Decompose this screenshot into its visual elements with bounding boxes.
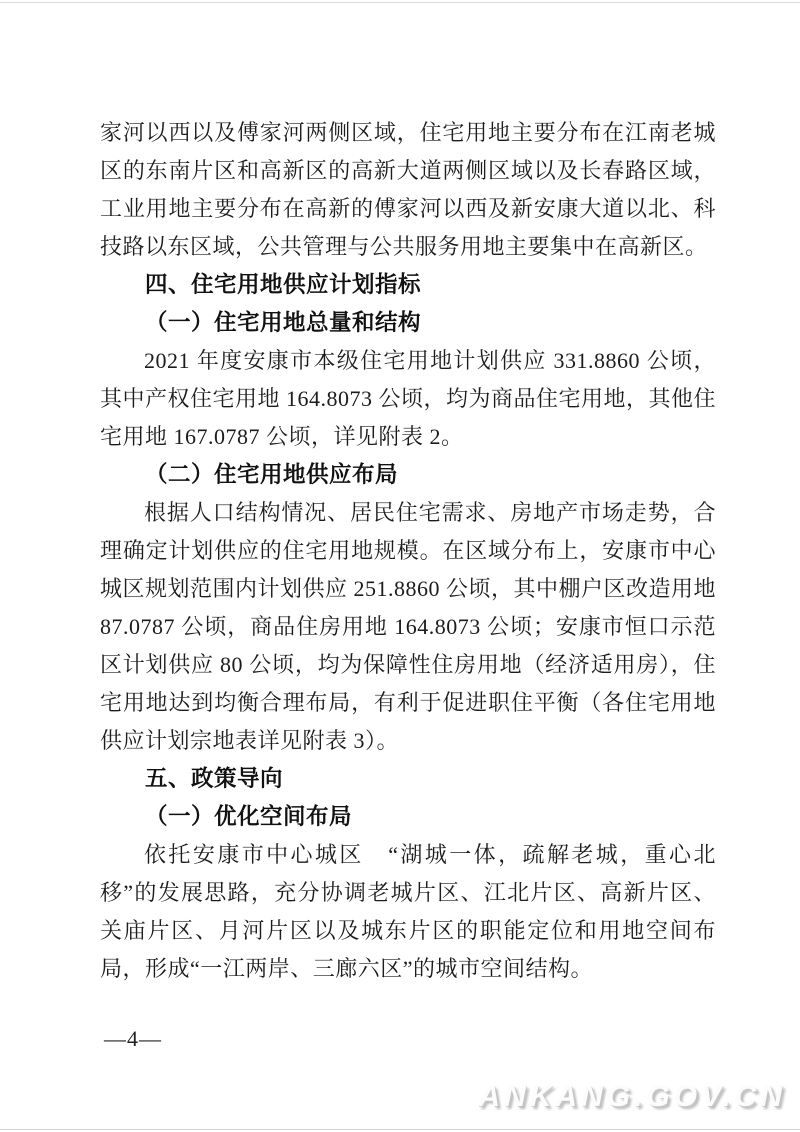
subsection-heading-2-supply-layout: （二）住宅用地供应布局: [100, 456, 716, 494]
section-heading-5-policy-orientation: 五、政策导向: [100, 760, 716, 798]
document-body: 家河以西以及傅家河两侧区域，住宅用地主要分布在江南老城区的东南片区和高新区的高新…: [100, 114, 716, 988]
subsection-heading-1-total-and-structure: （一）住宅用地总量和结构: [100, 304, 716, 342]
page-number: —4—: [104, 1026, 162, 1052]
document-page: 家河以西以及傅家河两侧区域，住宅用地主要分布在江南老城区的东南片区和高新区的高新…: [0, 0, 800, 1132]
ankang-gov-watermark: ANKANG.GOV.CN: [478, 1080, 786, 1114]
paragraph-continued-land-distribution: 家河以西以及傅家河两侧区域，住宅用地主要分布在江南老城区的东南片区和高新区的高新…: [100, 114, 716, 266]
paragraph-supply-layout-details: 根据人口结构情况、居民住宅需求、房地产市场走势，合理确定计划供应的住宅用地规模。…: [100, 494, 716, 760]
scan-edge-line-bottom: [0, 1129, 800, 1130]
scan-edge-line-top: [0, 2, 800, 3]
subsection-heading-1-optimize-spatial-layout: （一）优化空间布局: [100, 798, 716, 836]
paragraph-spatial-structure: 依托安康市中心城区 “湖城一体，疏解老城，重心北移”的发展思路，充分协调老城片区…: [100, 836, 716, 988]
paragraph-residential-total-figures: 2021 年度安康市本级住宅用地计划供应 331.8860 公顷，其中产权住宅用…: [100, 342, 716, 456]
section-heading-4-residential-supply-indicators: 四、住宅用地供应计划指标: [100, 266, 716, 304]
